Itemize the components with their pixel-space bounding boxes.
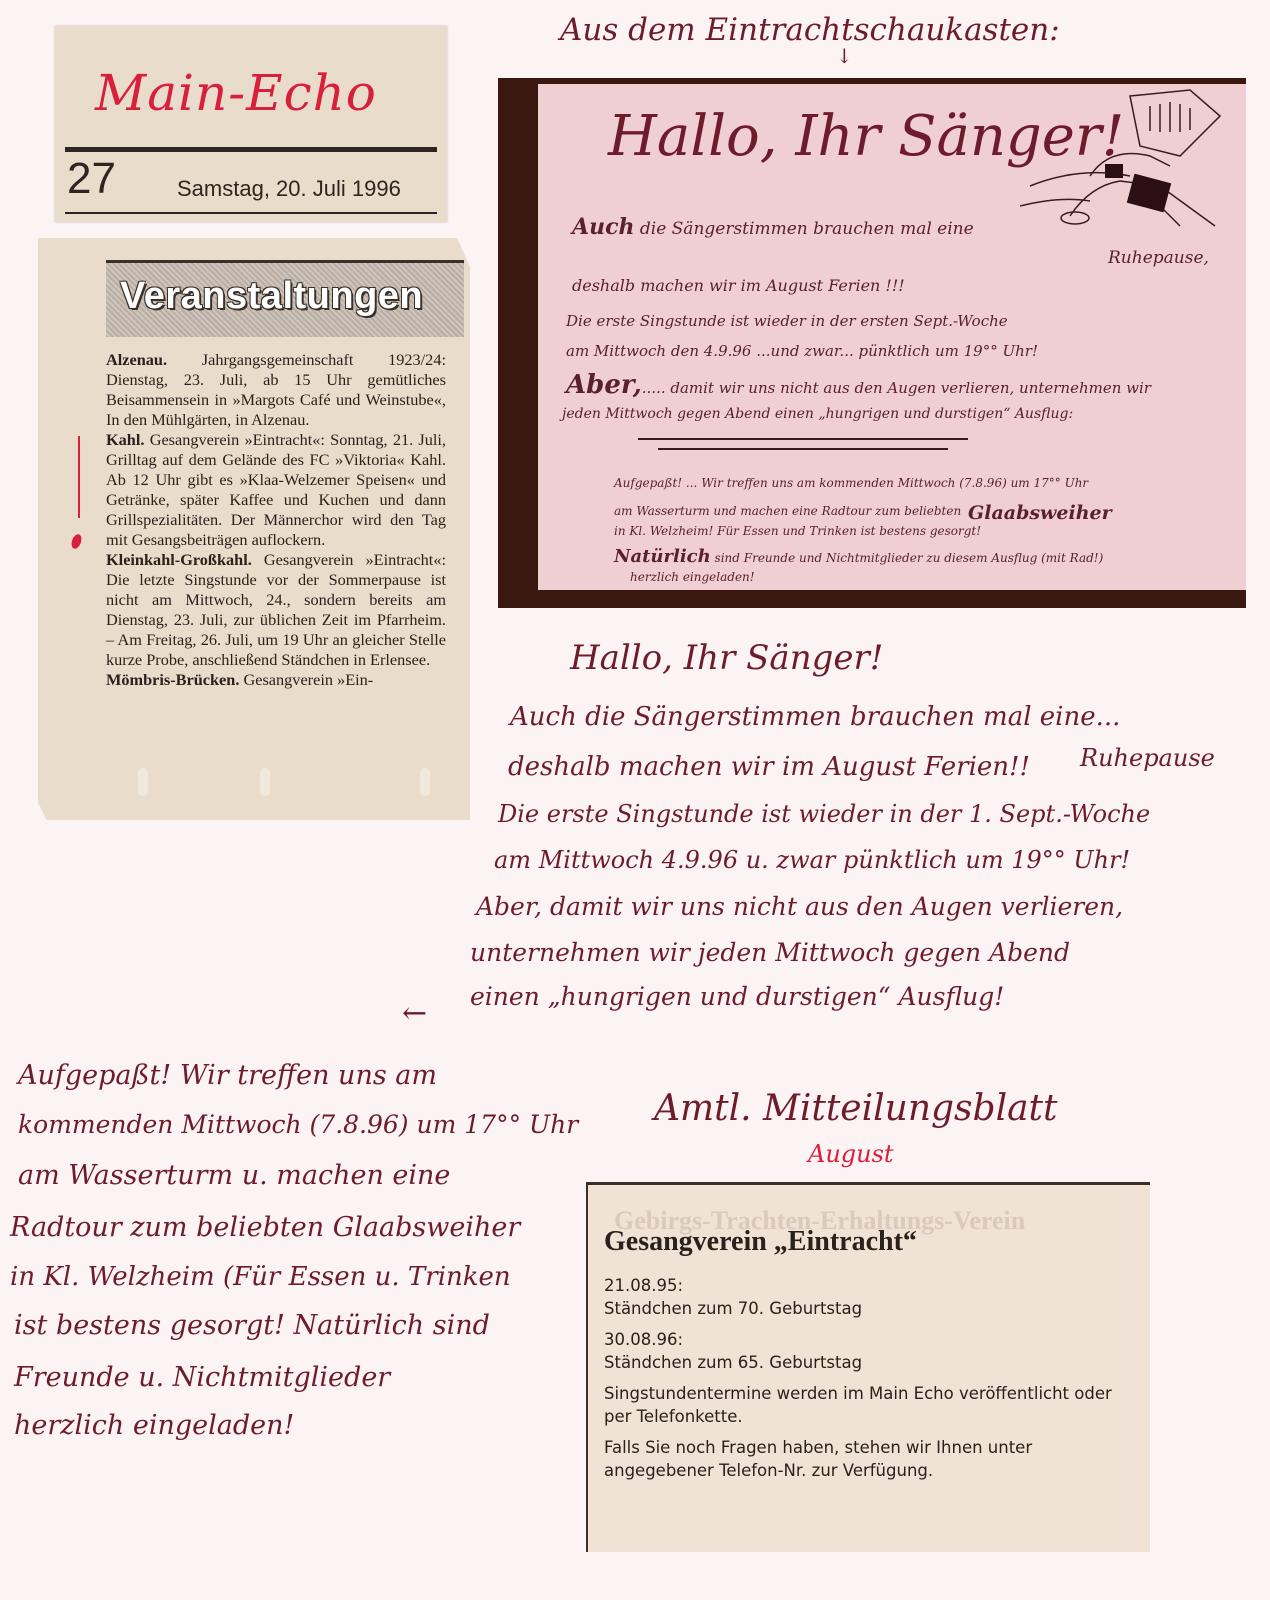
board-line: Auch die Sängerstimmen brauchen mal eine bbox=[572, 214, 974, 240]
entry-date: 30.08.96: bbox=[604, 1330, 683, 1349]
punch-hole bbox=[260, 768, 270, 796]
red-margin-mark bbox=[78, 436, 80, 518]
amtsblatt-month: August bbox=[808, 1140, 894, 1168]
transcription-line: kommenden Mittwoch (7.8.96) um 17°° Uhr bbox=[18, 1110, 578, 1139]
transcription-title: Hallo, Ihr Sänger! bbox=[570, 638, 883, 678]
board-line: Ruhepause, bbox=[1108, 248, 1209, 268]
issue-date: Samstag, 20. Juli 1996 bbox=[177, 176, 401, 202]
board-line: in Kl. Welzheim! Für Essen und Trinken i… bbox=[614, 524, 981, 538]
handwritten-newspaper-name: Main-Echo bbox=[95, 64, 377, 122]
board-line: Glaabsweiher bbox=[968, 502, 1112, 524]
board-line: am Wasserturm und machen eine Radtour zu… bbox=[614, 504, 961, 518]
divider bbox=[588, 1182, 1150, 1185]
transcription-line: herzlich eingeladen! bbox=[14, 1410, 294, 1441]
entry-date: 21.08.95: bbox=[604, 1276, 683, 1295]
board-line: Natürlich sind Freunde und Nichtmitglied… bbox=[614, 546, 1103, 567]
board-line: herzlich eingeladen! bbox=[630, 570, 755, 584]
section-heading: Veranstaltungen bbox=[120, 275, 423, 318]
transcription-line: Ruhepause bbox=[1080, 744, 1215, 772]
amtsblatt-clipping: Gebirgs-Trachten-Erhaltungs-Verein Gesan… bbox=[586, 1182, 1150, 1552]
transcription-line: Freunde u. Nichtmitglieder bbox=[14, 1362, 390, 1393]
event-text: Gesangverein »Eintracht«: Sonntag, 21. J… bbox=[106, 430, 446, 549]
transcription-line: Radtour zum beliebten Glaabsweiher bbox=[10, 1212, 520, 1243]
page-number: 27 bbox=[67, 154, 116, 204]
board-line: Aber,..... damit wir uns nicht aus den A… bbox=[566, 370, 1151, 400]
entry-text: Ständchen zum 70. Geburtstag bbox=[604, 1299, 862, 1318]
notice-board-photo: Hallo, Ihr Sänger! Auch die Sängerstimme… bbox=[498, 78, 1246, 608]
punch-hole bbox=[138, 768, 148, 796]
board-line: Aufgepaßt! ... Wir treffen uns am kommen… bbox=[614, 476, 1088, 490]
board-line: jeden Mittwoch gegen Abend einen „hungri… bbox=[562, 406, 1073, 422]
caption-handwritten: Aus dem Eintrachtschaukasten: bbox=[560, 12, 1060, 48]
transcription-line: in Kl. Welzheim (Für Essen u. Trinken bbox=[10, 1262, 511, 1292]
amtsblatt-label: Amtl. Mitteilungsblatt bbox=[654, 1088, 1058, 1129]
events-text: Alzenau. Jahrgangsgemeinschaft 1923/24: … bbox=[106, 350, 446, 690]
main-echo-header-clipping: Main-Echo 27 Samstag, 20. Juli 1996 bbox=[55, 26, 447, 222]
transcription-line: Aber, damit wir uns nicht aus den Augen … bbox=[476, 892, 1123, 921]
events-clipping: Veranstaltungen Alzenau. Jahrgangsgemein… bbox=[38, 238, 470, 820]
event-place: Mömbris-Brücken. bbox=[106, 670, 239, 689]
red-margin-dot bbox=[70, 533, 84, 550]
event-text: Gesangverein »Ein- bbox=[239, 670, 373, 689]
transcription-line: Die erste Singstunde ist wieder in der 1… bbox=[498, 800, 1150, 828]
section-heading-band: Veranstaltungen bbox=[106, 260, 464, 337]
transcription-line: einen „hungrigen und durstigen“ Ausflug! bbox=[470, 982, 1004, 1011]
transcription-line: am Wasserturm u. machen eine bbox=[18, 1160, 450, 1191]
transcription-line: deshalb machen wir im August Ferien!! bbox=[508, 752, 1030, 782]
entry-text: Ständchen zum 65. Geburtstag bbox=[604, 1353, 862, 1372]
transcription-line: Aufgepaßt! Wir treffen uns am bbox=[18, 1060, 437, 1091]
note: Singstundentermine werden im Main Echo v… bbox=[604, 1382, 1144, 1428]
transcription-line: ist bestens gesorgt! Natürlich sind bbox=[14, 1310, 490, 1341]
event-place: Kleinkahl-Großkahl. bbox=[106, 550, 252, 569]
board-line: deshalb machen wir im August Ferien !!! bbox=[572, 276, 905, 295]
underline bbox=[658, 448, 948, 450]
arrow-left-icon: ← bbox=[402, 996, 427, 1031]
divider bbox=[65, 212, 437, 214]
club-heading: Gesangverein „Eintracht“ bbox=[604, 1226, 917, 1258]
event-place: Kahl. bbox=[106, 430, 144, 449]
board-line: Die erste Singstunde ist wieder in der e… bbox=[566, 312, 1008, 330]
transcription-line: Auch die Sängerstimmen brauchen mal eine… bbox=[510, 702, 1120, 732]
underline bbox=[638, 438, 968, 440]
event-place: Alzenau. bbox=[106, 350, 167, 369]
arrow-down-icon: ↓ bbox=[836, 44, 853, 68]
punch-hole bbox=[420, 768, 430, 796]
notice-board: Hallo, Ihr Sänger! Auch die Sängerstimme… bbox=[538, 84, 1246, 590]
transcription-line: unternehmen wir jeden Mittwoch gegen Abe… bbox=[470, 938, 1070, 967]
club-entries: 21.08.95:Ständchen zum 70. Geburtstag 30… bbox=[604, 1274, 1144, 1490]
board-line: am Mittwoch den 4.9.96 ...und zwar... pü… bbox=[566, 342, 1038, 360]
transcription-line: am Mittwoch 4.9.96 u. zwar pünktlich um … bbox=[494, 846, 1130, 874]
divider bbox=[65, 147, 437, 152]
sunbather-drawing-icon bbox=[1020, 86, 1240, 236]
note: Falls Sie noch Fragen haben, stehen wir … bbox=[604, 1436, 1144, 1482]
